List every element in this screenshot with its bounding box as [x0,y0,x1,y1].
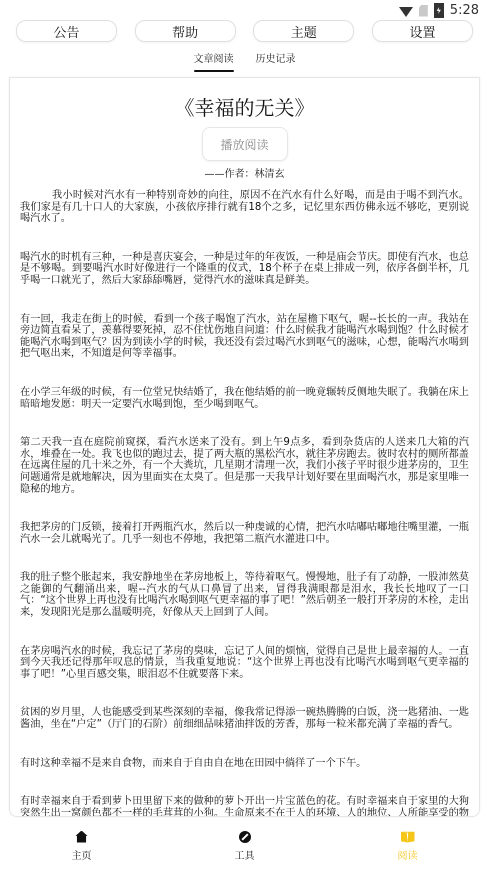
article-card: 《幸福的无关》 播放阅读 ——作者：林清玄 我小时候对汽水有一种特别奇妙的向往，… [9,77,480,817]
article-title: 《幸福的无关》 [10,92,479,121]
article-author: ——作者：林清玄 [10,165,479,180]
nav-home[interactable]: 主页 [0,819,163,871]
wifi-icon [399,7,413,17]
compass-icon [239,831,251,843]
battery-charging-icon [434,3,444,18]
paragraph: 在茅房喝汽水的时候，我忘记了茅房的臭味，忘记了人间的烦恼，觉得自己是世上最幸福的… [20,646,469,681]
nav-reading-label: 阅读 [398,847,418,862]
paragraph: 贫困的岁月里，人也能感受到某些深刻的幸福，像我常记得添一碗热腾腾的白饭，浇一匙猪… [20,707,469,730]
paragraph: 有一回，我走在街上的时候，看到一个孩子喝饱了汽水，站在屋檐下呕气，喔--长长的一… [20,314,469,360]
tab-article-reading[interactable]: 文章阅读 [194,50,234,72]
paragraph: 我小时候对汽水有一种特别奇妙的向往，原因不在汽水有什么好喝，而是由于喝不到汽水。… [20,190,469,225]
status-bar: 5:28 [0,0,489,22]
home-icon [76,831,88,843]
paragraph: 有时幸福来自于看到萝卜田里留下来的做种的萝卜开出一片宝蓝色的花。有时幸福来自于家… [20,796,469,817]
play-reading-button[interactable]: 播放阅读 [202,127,288,161]
paragraph: 在小学三年级的时候，有一位堂兄快结婚了，我在他结婚的前一晚竟辗转反侧地失眠了。我… [20,387,469,410]
tab-history[interactable]: 历史记录 [256,50,296,72]
nav-reading[interactable]: 阅读 [326,819,489,871]
paragraph: 我把茅房的门反锁，接着打开两瓶汽水，然后以一种虔诚的心情，把汽水咕嘟咕嘟地往嘴里… [20,522,469,545]
tab-bar: 文章阅读 历史记录 [0,50,489,72]
paragraph: 有时这种幸福不是来自食物，而来自于自由自在地在田园中徜徉了一个下午。 [20,758,469,770]
announcement-button[interactable]: 公告 [16,20,117,42]
nav-home-label: 主页 [72,847,92,862]
paragraph: 喝汽水的时机有三种，一种是喜庆宴会，一种是过年的年夜饭，一种是庙会节庆。即使有汽… [20,252,469,287]
status-time: 5:28 [450,3,479,18]
top-button-bar: 公告 帮助 主题 设置 [16,20,473,42]
no-sim-icon [419,5,428,17]
settings-button[interactable]: 设置 [372,20,473,42]
help-button[interactable]: 帮助 [135,20,236,42]
book-icon [401,831,415,843]
nav-tools-label: 工具 [235,847,255,862]
bottom-nav: 主页 工具 阅读 [0,819,489,871]
article-body[interactable]: 我小时候对汽水有一种特别奇妙的向往，原因不在汽水有什么好喝，而是由于喝不到汽水。… [10,190,479,817]
nav-tools[interactable]: 工具 [163,819,326,871]
paragraph: 第二天我一直在庭院前窥探，看汽水送来了没有。到上午9点多，看到杂货店的人送来几大… [20,437,469,495]
theme-button[interactable]: 主题 [253,20,354,42]
paragraph: 我的肚子整个胀起来，我安静地坐在茅房地板上，等待着呕气。慢慢地，肚子有了动静，一… [20,572,469,618]
